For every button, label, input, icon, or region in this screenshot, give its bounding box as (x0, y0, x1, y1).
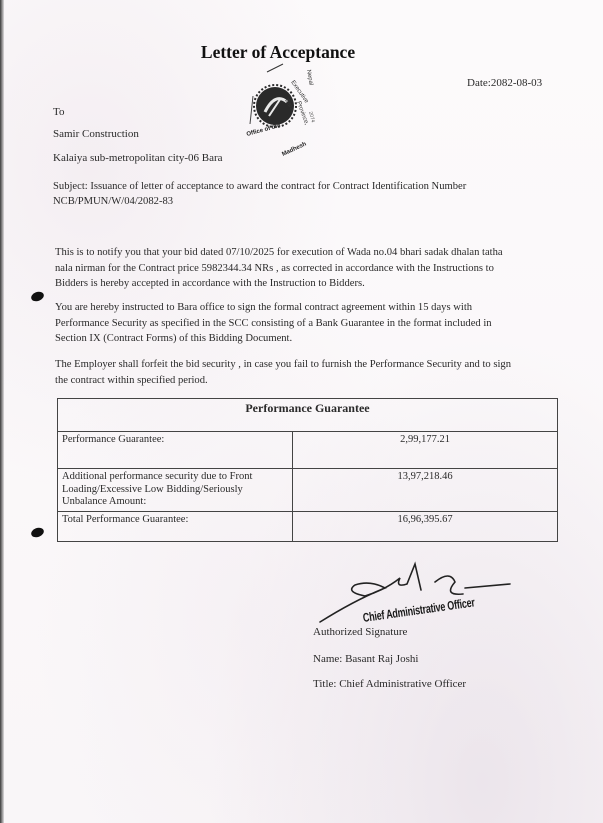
row-value: 2,99,177.21 (293, 432, 558, 469)
paragraph-line: the contract within specified period. (55, 373, 511, 389)
row-label: Additional performance security due to F… (58, 469, 293, 512)
municipal-seal-stamp: Executive Nepal Bara, Province, 2074 Off… (245, 62, 345, 162)
letter-date: Date:2082-08-03 (467, 77, 542, 89)
table-row: Additional performance security due to F… (58, 469, 558, 512)
svg-text:Office of the: Office of the (246, 123, 282, 138)
recipient-name: Samir Construction (53, 128, 139, 140)
paragraph-line: Performance Security as specified in the… (55, 316, 492, 332)
document-title: Letter of Acceptance (0, 42, 556, 63)
table-heading: Performance Guarantee (58, 399, 558, 432)
paragraph-line: Bidders is hereby accepted in accordance… (55, 276, 503, 292)
paragraph-line: Section IX (Contract Forms) of this Bidd… (55, 331, 492, 347)
svg-text:Nepal: Nepal (305, 69, 314, 85)
performance-guarantee-table: Performance Guarantee Performance Guaran… (57, 398, 558, 542)
paragraph-forfeit-notice: The Employer shall forfeit the bid secur… (55, 357, 511, 388)
svg-text:Madhesh: Madhesh (281, 141, 307, 158)
row-value: 13,97,218.46 (293, 469, 558, 512)
svg-text:Province,: Province, (295, 101, 309, 127)
signatory-name: Name: Basant Raj Joshi (313, 653, 418, 665)
paragraph-line: The Employer shall forfeit the bid secur… (55, 357, 511, 373)
table-row: Total Performance Guarantee: 16,96,395.6… (58, 512, 558, 542)
row-label: Performance Guarantee: (58, 432, 293, 469)
table-row: Performance Guarantee: 2,99,177.21 (58, 432, 558, 469)
authorized-signature-label: Authorized Signature (313, 626, 407, 638)
signatory-title: Title: Chief Administrative Officer (313, 678, 466, 690)
row-value: 16,96,395.67 (293, 512, 558, 542)
handwritten-signature (315, 560, 515, 630)
recipient-address: Kalaiya sub-metropolitan city-06 Bara (53, 152, 223, 164)
paragraph-bid-accepted: This is to notify you that your bid date… (55, 245, 503, 292)
label-line: Unbalance Amount: (62, 496, 288, 509)
label-line: Additional performance security due to F… (62, 471, 288, 484)
paragraph-line: You are hereby instructed to Bara office… (55, 300, 492, 316)
page-edge-shadow (0, 0, 4, 823)
label-line: Loading/Excessive Low Bidding/Seriously (62, 484, 288, 497)
subject-line-2: NCB/PMUN/W/04/2082-83 (53, 194, 173, 210)
row-label: Total Performance Guarantee: (58, 512, 293, 542)
subject-line-1: Subject: Issuance of letter of acceptanc… (53, 179, 466, 195)
paragraph-sign-instructions: You are hereby instructed to Bara office… (55, 300, 492, 347)
to-label: To (53, 106, 64, 118)
paragraph-line: This is to notify you that your bid date… (55, 245, 503, 261)
paragraph-line: nala nirman for the Contract price 59823… (55, 261, 503, 277)
